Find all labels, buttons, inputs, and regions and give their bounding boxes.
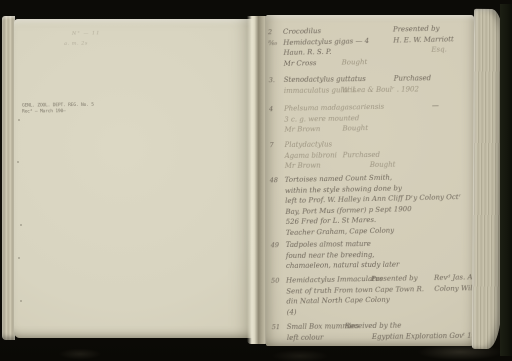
entry-number: 51 [272, 322, 287, 333]
background-texture [0, 340, 512, 361]
entry-number: 50 [271, 275, 286, 286]
pencil-note: N° — 11 a. m. 2s [72, 27, 162, 49]
handwritten-text: Presented by [371, 273, 418, 284]
handwritten-text: Mr Brown [285, 161, 321, 172]
handwritten-text: Purchased [394, 73, 432, 84]
ink-speck [18, 119, 20, 121]
handwritten-text: Bought [342, 123, 368, 134]
entry-line: chamaeleon, natural study later [286, 259, 473, 272]
handwritten-text: (4) [287, 307, 297, 318]
register-entry: 2 ⁸⁄₆₀CrocodilusPresented byHemidactylus… [266, 23, 471, 69]
right-page: 2 ⁸⁄₆₀CrocodilusPresented byHemidactylus… [266, 15, 474, 346]
left-page: N° — 11 a. m. 2s GENL. ZOOL. DEPT. REG. … [14, 19, 254, 338]
handwritten-text: — [432, 101, 439, 112]
pencil-note-line2: a. m. 2s [64, 37, 162, 49]
entry-number: 4 [269, 104, 284, 115]
handwritten-text: Bought [342, 57, 368, 68]
handwritten-text: Esq. [431, 44, 447, 55]
entry-number: 48 [270, 175, 285, 186]
ink-speck [20, 300, 22, 302]
handwritten-text: Bought [370, 160, 396, 171]
handwritten-text: Crocodilus [283, 26, 321, 37]
entry-number: 49 [271, 240, 286, 251]
ink-speck [18, 257, 20, 259]
fore-edge-page-block [472, 9, 503, 349]
register-entry: 50Hemidactylus ImmaculatusPresented byRe… [269, 272, 474, 318]
entry-number: 7 [269, 140, 284, 151]
entry-line: immaculatus gularisW. Lea & Boulʳ . 1902 [284, 83, 471, 96]
handwritten-text: Purchased [343, 149, 381, 160]
register-entry: 3.Stenodactylus guttatusPurchasedimmacul… [267, 73, 471, 96]
handwritten-text: Mr Cross [284, 58, 317, 69]
entry-line: Mr BrownBought [285, 159, 472, 172]
handwritten-text: Agama bibroni [285, 150, 337, 161]
book-cover-edge [500, 4, 512, 356]
archive-stamp: GENL. ZOOL. DEPT. REG. No. 5 Recᵈ — Marc… [22, 102, 132, 114]
ink-speck [20, 224, 22, 226]
ink-speck [17, 161, 19, 163]
handwritten-text: Received by the [345, 321, 402, 332]
register-entries: 2 ⁸⁄₆₀CrocodilusPresented byHemidactylus… [266, 24, 474, 344]
handwritten-text: chamaeleon, natural study later [286, 260, 400, 272]
handwritten-text: W. Lea & Boulʳ . 1902 [342, 84, 419, 95]
entry-number: 3. [269, 75, 284, 86]
book-photograph: N° — 11 a. m. 2s GENL. ZOOL. DEPT. REG. … [0, 0, 512, 361]
register-entry: 48Tortoises named Count Smith,within the… [268, 171, 473, 239]
register-entry: 4Phelsuma madagascariensis—3 c. g. were … [267, 100, 472, 135]
entry-line: (4) [287, 304, 474, 318]
archive-stamp-line2: Recᵈ — March 190– [22, 108, 132, 115]
handwritten-text: Mr Brown [284, 124, 320, 135]
entry-number: 2 ⁸⁄₆₀ [268, 27, 283, 48]
handwritten-text: Platydactylus [284, 139, 332, 150]
entry-line: Mr BrownBought [284, 121, 471, 135]
register-entry: 7PlatydactylusAgama bibroniPurchasedMr B… [267, 138, 471, 172]
handwritten-text: Teacher Graham, Cape Colony [286, 225, 395, 238]
register-entry: 49Tadpoles almost maturefound near the b… [269, 238, 473, 272]
